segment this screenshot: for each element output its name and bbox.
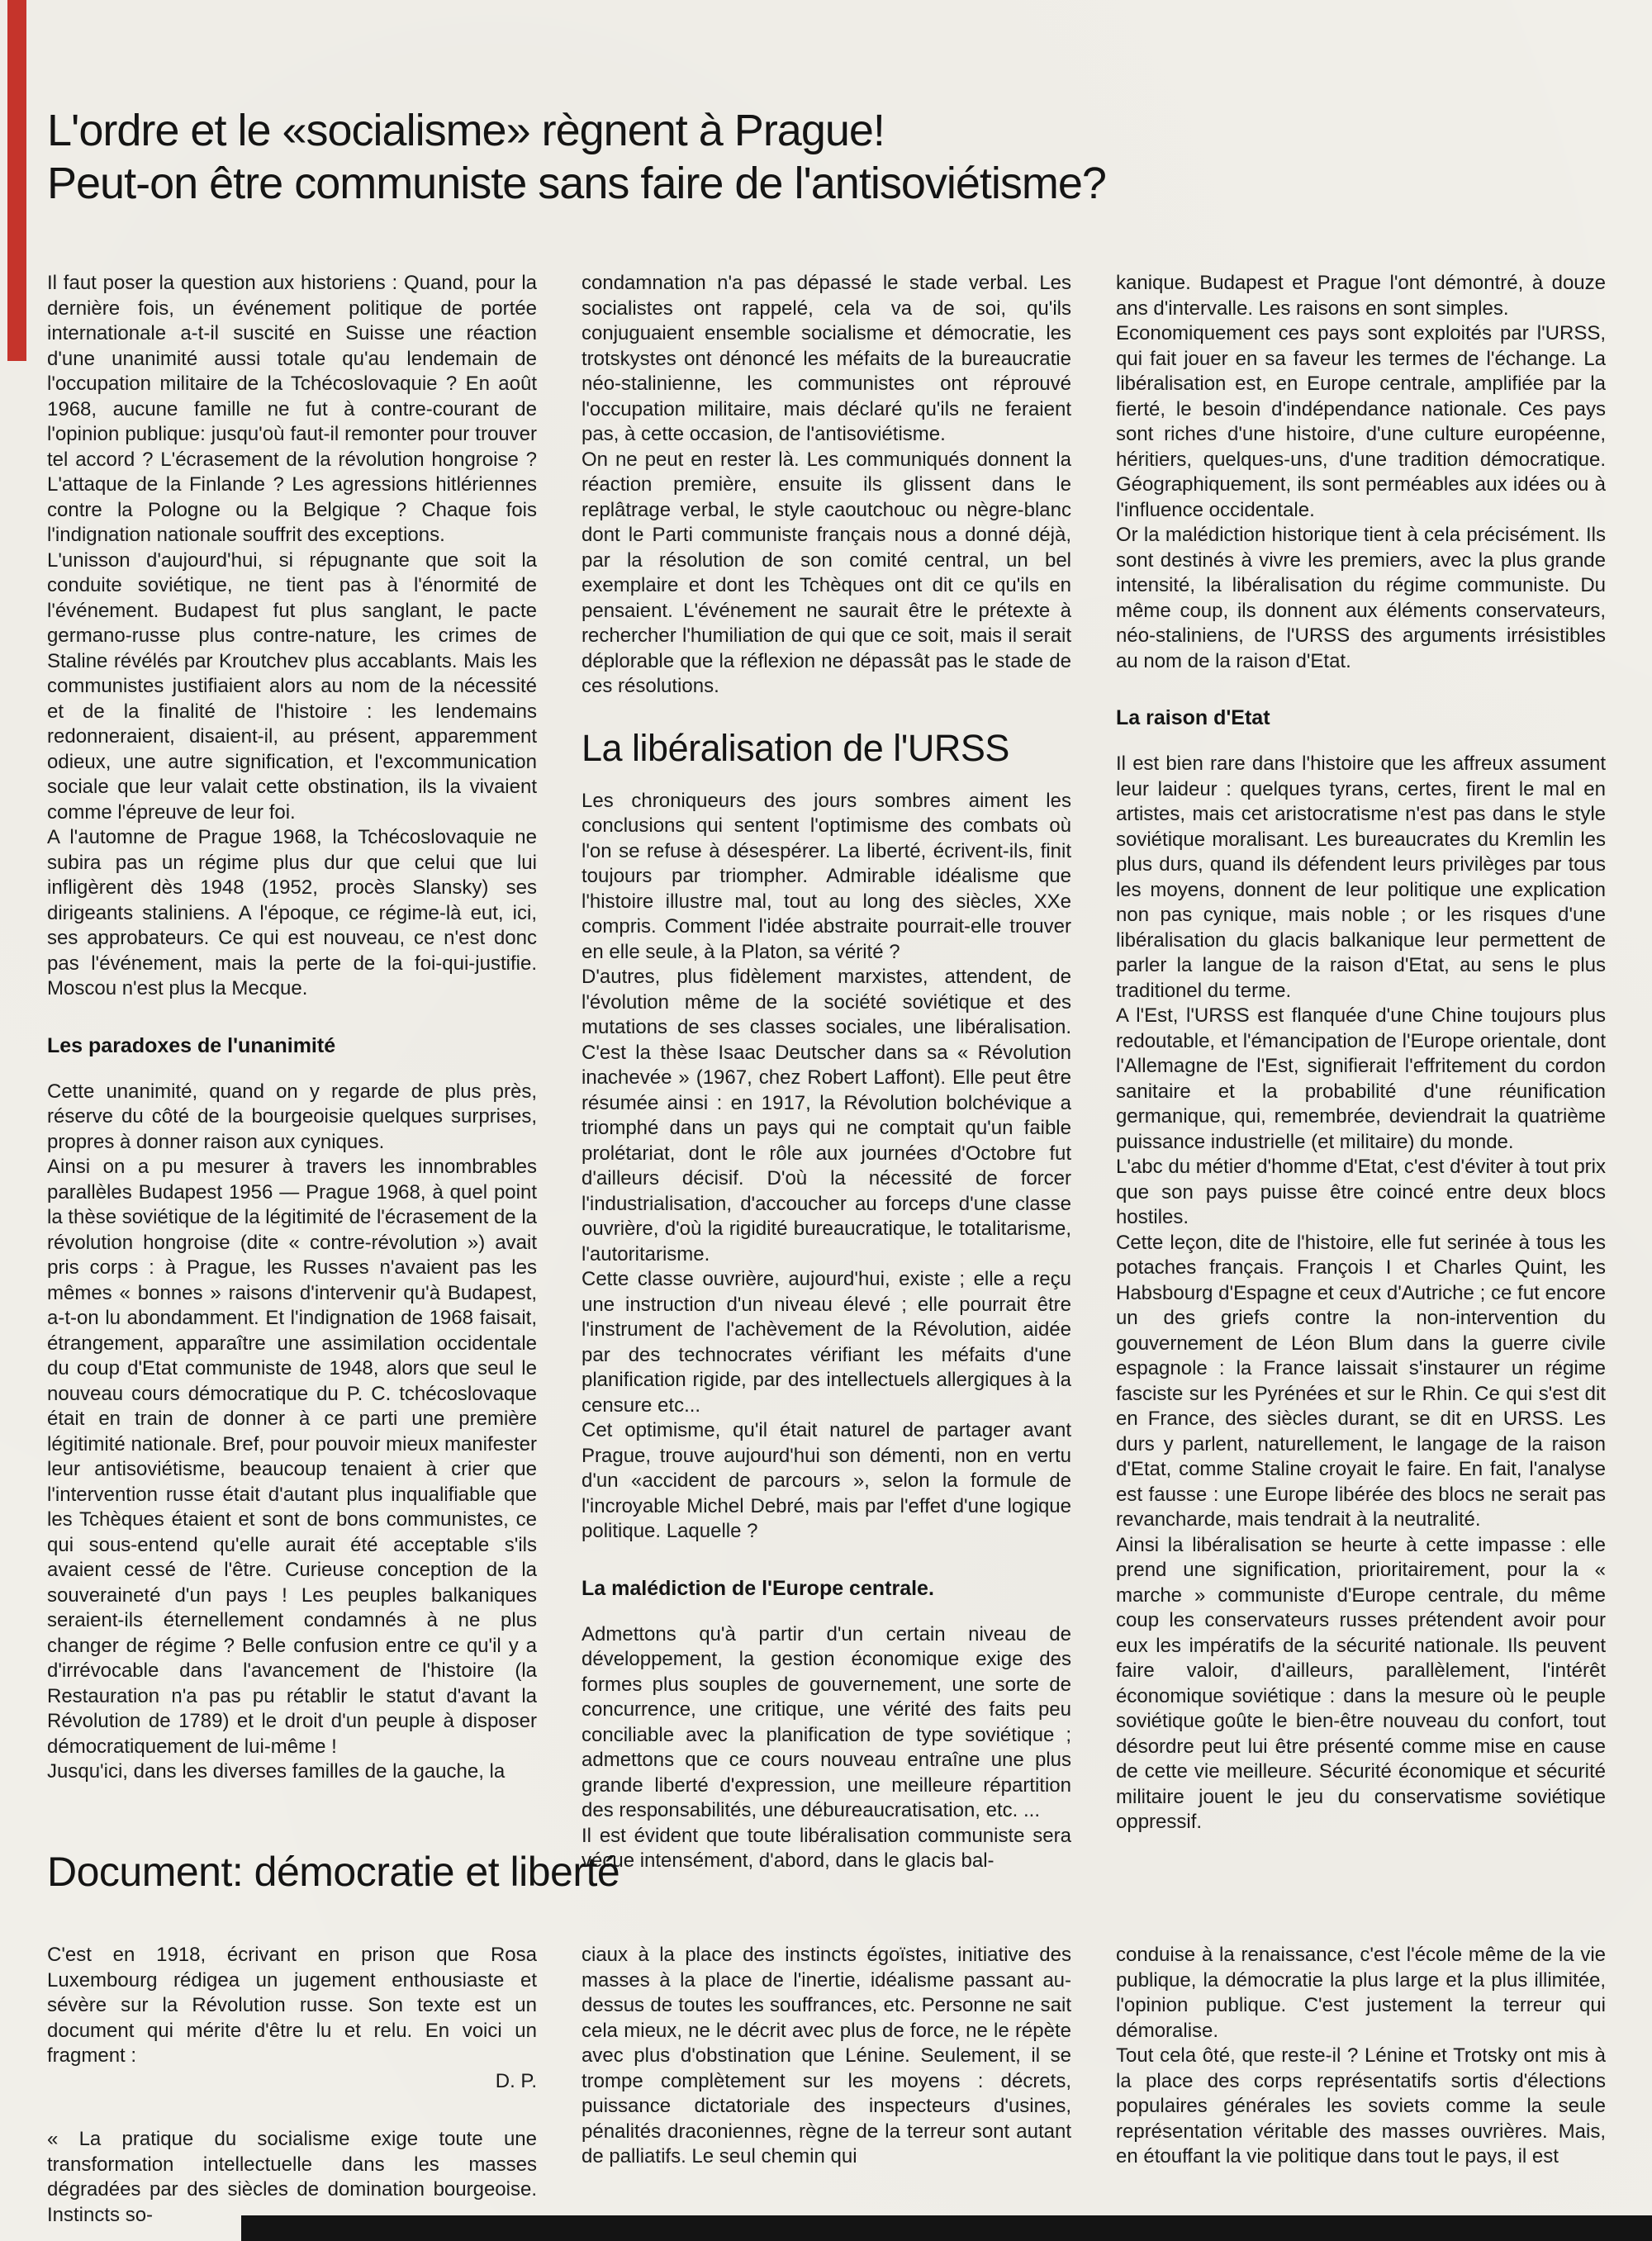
document-columns: C'est en 1918, écrivant en prison que Ro… bbox=[47, 1943, 1607, 2228]
paragraph: kanique. Budapest et Prague l'ont démont… bbox=[1116, 271, 1606, 321]
document-column-2: ciaux à la place des instincts égoïstes,… bbox=[582, 1943, 1071, 2228]
paragraph: Cette classe ouvrière, aujourd'hui, exis… bbox=[582, 1267, 1071, 1418]
paragraph: condamnation n'a pas dépassé le stade ve… bbox=[582, 271, 1071, 448]
document-column-3: conduise à la renaissance, c'est l'école… bbox=[1116, 1943, 1606, 2228]
paragraph: Ainsi la libéralisation se heurte à cett… bbox=[1116, 1533, 1606, 1835]
scanned-magazine-page: { "colors": { "accent_red": "#c5342b", "… bbox=[0, 0, 1652, 2241]
paragraph: Admettons qu'à partir d'un certain nivea… bbox=[582, 1622, 1071, 1824]
article-column-3: kanique. Budapest et Prague l'ont démont… bbox=[1116, 271, 1606, 1874]
page-title-line2: Peut-on être communiste sans faire de l'… bbox=[47, 159, 1106, 208]
subheading-malediction-europe-centrale: La malédiction de l'Europe centrale. bbox=[582, 1576, 1071, 1601]
paragraph: Cet optimisme, qu'il était naturel de pa… bbox=[582, 1418, 1071, 1545]
paragraph: L'abc du métier d'homme d'Etat, c'est d'… bbox=[1116, 1155, 1606, 1231]
paragraph: On ne peut en rester là. Les communiqués… bbox=[582, 448, 1071, 700]
paragraph: Or la malédiction historique tient à cel… bbox=[1116, 523, 1606, 674]
paragraph: A l'automne de Prague 1968, la Tchécoslo… bbox=[47, 825, 537, 1002]
paragraph: C'est en 1918, écrivant en prison que Ro… bbox=[47, 1943, 537, 2069]
paragraph: conduise à la renaissance, c'est l'école… bbox=[1116, 1943, 1606, 2044]
author-initials: D. P. bbox=[47, 2069, 537, 2095]
document-column-1: C'est en 1918, écrivant en prison que Ro… bbox=[47, 1943, 537, 2228]
paragraph: Ainsi on a pu mesurer à travers les inno… bbox=[47, 1155, 537, 1759]
article-body: Il faut poser la question aux historiens… bbox=[47, 271, 1607, 1874]
subheading-raison-detat: La raison d'Etat bbox=[1116, 705, 1606, 730]
section-heading-liberalisation-urss: La libéralisation de l'URSS bbox=[582, 728, 1071, 769]
paragraph: A l'Est, l'URSS est flanquée d'une Chine… bbox=[1116, 1004, 1606, 1155]
paragraph: « La pratique du socialisme exige toute … bbox=[47, 2127, 537, 2228]
paragraph: Les chroniqueurs des jours sombres aimen… bbox=[582, 789, 1071, 966]
page-title: L'ordre et le «socialisme» règnent à Pra… bbox=[47, 104, 1501, 210]
paragraph: Cette unanimité, quand on y regarde de p… bbox=[47, 1080, 537, 1156]
paragraph: ciaux à la place des instincts égoïstes,… bbox=[582, 1943, 1071, 2170]
paragraph: Tout cela ôté, que reste-il ? Lénine et … bbox=[1116, 2044, 1606, 2170]
subheading-paradoxes-unanimite: Les paradoxes de l'unanimité bbox=[47, 1033, 537, 1058]
paragraph: Il faut poser la question aux historiens… bbox=[47, 271, 537, 548]
page-title-line1: L'ordre et le «socialisme» règnent à Pra… bbox=[47, 106, 885, 155]
article-column-2: condamnation n'a pas dépassé le stade ve… bbox=[582, 271, 1071, 1874]
red-margin-bar bbox=[7, 0, 26, 361]
masthead: L'ordre et le «socialisme» règnent à Pra… bbox=[47, 104, 1501, 210]
paragraph: Economiquement ces pays sont exploités p… bbox=[1116, 321, 1606, 523]
document-section-heading: Document: démocratie et liberté bbox=[47, 1849, 1607, 1895]
paragraph: Cette leçon, dite de l'histoire, elle fu… bbox=[1116, 1231, 1606, 1533]
bottom-scan-bar bbox=[241, 2215, 1652, 2241]
paragraph: D'autres, plus fidèlement marxistes, att… bbox=[582, 965, 1071, 1267]
article-column-1: Il faut poser la question aux historiens… bbox=[47, 271, 537, 1874]
paragraph: Il est bien rare dans l'histoire que les… bbox=[1116, 752, 1606, 1004]
paragraph: Jusqu'ici, dans les diverses familles de… bbox=[47, 1759, 537, 1785]
paragraph: L'unisson d'aujourd'hui, si répugnante q… bbox=[47, 548, 537, 826]
document-section: Document: démocratie et liberté C'est en… bbox=[47, 1849, 1607, 2228]
